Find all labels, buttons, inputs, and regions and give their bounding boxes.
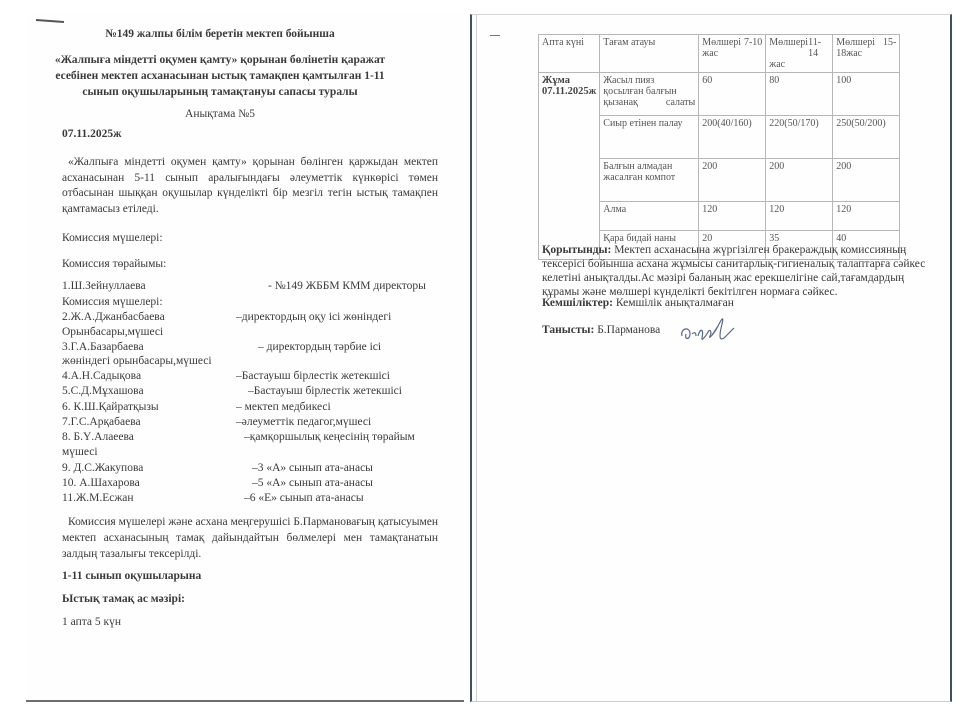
closing-paragraph: Комиссия мүшелері және асхана меңгерушіс… [62,514,438,562]
portion-q3: 100 [833,73,900,116]
member-role: – мектеп медбикесі [236,401,331,414]
member-row: 1.Ш.Зейнуллаева- №149 ЖББМ КММ директоры [62,280,452,294]
member-row: 3.Г.А.Базарбаева– директордың тәрбие ісі [62,341,452,355]
dish-name: Алма [600,202,699,231]
portion-q2: 220(50/170) [766,116,833,159]
signature-icon [678,314,738,346]
portion-q3: 250(50/200) [833,116,900,159]
intro-paragraph: «Жалпыға міндетті оқумен қамту» қорынан … [62,155,438,217]
member-role: –директордың оқу ісі жөніндегі [236,311,391,324]
member-name: 3.Г.А.Базарбаева [62,341,144,354]
commission-members-label: Комиссия мүшелері: [62,232,163,245]
member-role: - №149 ЖББМ КММ директоры [268,280,426,293]
header-text: 11-14 [808,37,829,59]
portion-q1: 200 [699,159,766,202]
member-role: –Бастауыш бірлестік жетекшісі [248,385,402,398]
header-day: Апта күні [539,35,600,73]
week-label: 1 апта 5 күн [62,616,121,629]
member-name: мүшесі [62,446,98,459]
member-name: 2.Ж.А.Джанбасбаева [62,311,165,324]
portion-q3: 200 [833,159,900,202]
header-text: 7-10 [744,37,762,48]
conclusion: Қорытынды: Мектеп асханасына жүргізілген… [542,243,932,299]
member-name: Орынбасары,мүшесі [62,326,163,339]
member-role: –6 «Е» сынып ата-анасы [244,492,364,505]
acquainted: Танысты: Б.Парманова [542,324,660,337]
portion-q3: 120 [833,202,900,231]
deficiency-text: Кемшілік анықталмаған [613,297,734,309]
member-role: –әлеуметтік педагог,мүшесі [236,416,371,429]
dish-name: Сиыр етінен палау [600,116,699,159]
header-text: жас [702,48,718,59]
member-name: 10. А.Шахарова [62,477,140,490]
member-row: Комиссия мүшелері: [62,296,452,310]
header-portion-7-10: Мөлшері7-10жас [699,35,766,73]
header-dish: Тағам атауы [600,35,699,73]
portion-q2: 80 [766,73,833,116]
member-role: –5 «А» сынып ата-анасы [252,477,373,490]
scan-mark [36,19,64,23]
member-row: 6. К.Ш.Қайратқызы– мектеп медбикесі [62,401,452,415]
member-row: мүшесі [62,446,452,460]
portion-q2: 120 [766,202,833,231]
menu-heading: Ыстық тамақ ас мәзірі: [62,593,185,606]
table-header-row: Апта күні Тағам атауы Мөлшері7-10жас Мөл… [539,35,900,73]
header-text: Мөлшері [769,37,808,59]
document-date: 07.11.2025ж [62,128,121,141]
member-name: 7.Г.С.Арқабаева [62,416,141,429]
member-role: –3 «А» сынып ата-анасы [252,462,373,475]
member-row: 9. Д.С.Жакупова–3 «А» сынып ата-анасы [62,462,452,476]
menu-table: Апта күні Тағам атауы Мөлшері7-10жас Мөл… [538,34,900,260]
header-text: 18жас [836,48,862,59]
header-text: жас [769,59,785,70]
portion-q1: 200(40/160) [699,116,766,159]
member-row: Орынбасары,мүшесі [62,326,452,340]
member-name: жөніндегі орынбасары,мүшесі [62,355,212,368]
member-row: жөніндегі орынбасары,мүшесі [62,355,452,369]
header-text: Мөлшері [702,37,741,48]
member-name: 1.Ш.Зейнуллаева [62,280,146,293]
portion-q1: 120 [699,202,766,231]
document-number: Анықтама №5 [60,108,380,121]
deficiencies: Кемшіліктер: Кемшілік анықталмаған [542,297,932,310]
portion-q1: 60 [699,73,766,116]
member-role: –қамқоршылық кеңесінің төрайым [244,431,415,444]
member-name: 5.С.Д.Мұхашова [62,385,144,398]
member-name: 9. Д.С.Жакупова [62,462,143,475]
dish-name: Балғын алмадан жасалған компот [600,159,699,202]
students-heading: 1-11 сынып оқушыларына [62,570,201,583]
member-row: 10. А.Шахарова–5 «А» сынып ата-анасы [62,477,452,491]
member-row: 7.Г.С.Арқабаева–әлеуметтік педагог,мүшес… [62,416,452,430]
header-portion-11-14: Мөлшері11-14жас [766,35,833,73]
member-name: 6. К.Ш.Қайратқызы [62,401,159,414]
page-edge [476,15,477,701]
member-role: – директордың тәрбие ісі [258,341,381,354]
member-name: 8. Б.Ү.Алаеева [62,431,134,444]
header-text: 15- [883,37,896,48]
scan-mark [490,35,500,36]
deficiency-label: Кемшіліктер: [542,297,613,309]
member-row: 5.С.Д.Мұхашова–Бастауыш бірлестік жетекш… [62,385,452,399]
member-name: 4.А.Н.Садықова [62,370,141,383]
member-role: –Бастауыш бірлестік жетекшісі [236,370,390,383]
member-row: 2.Ж.А.Джанбасбаева–директордың оқу ісі ж… [62,311,452,325]
member-name: Комиссия мүшелері: [62,296,163,309]
document-title: «Жалпыға міндетті оқумен қамту» қорынан … [45,52,395,100]
school-header: №149 жалпы білім беретін мектеп бойынша [60,28,380,41]
member-row: 8. Б.Ү.Алаеева–қамқоршылық кеңесінің төр… [62,431,452,445]
portion-q2: 200 [766,159,833,202]
conclusion-label: Қорытынды: [542,244,611,256]
dish-name: Жасыл пияз қосылған балғын қызанақ салат… [600,73,699,116]
commission-chair-label: Комиссия төрайымы: [62,258,166,271]
member-row: 11.Ж.М.Есжан–6 «Е» сынып ата-анасы [62,492,452,506]
header-text: Мөлшері [836,37,875,48]
table-row: Жұма 07.11.2025жЖасыл пияз қосылған балғ… [539,73,900,116]
member-name: 11.Ж.М.Есжан [62,492,134,505]
member-row: 4.А.Н.Садықова–Бастауыш бірлестік жетекш… [62,370,452,384]
day-cell: Жұма 07.11.2025ж [539,73,600,260]
acquainted-label: Танысты: [542,324,594,336]
acquainted-name: Б.Парманова [594,324,660,336]
header-portion-15-18: Мөлшері15-18жас [833,35,900,73]
